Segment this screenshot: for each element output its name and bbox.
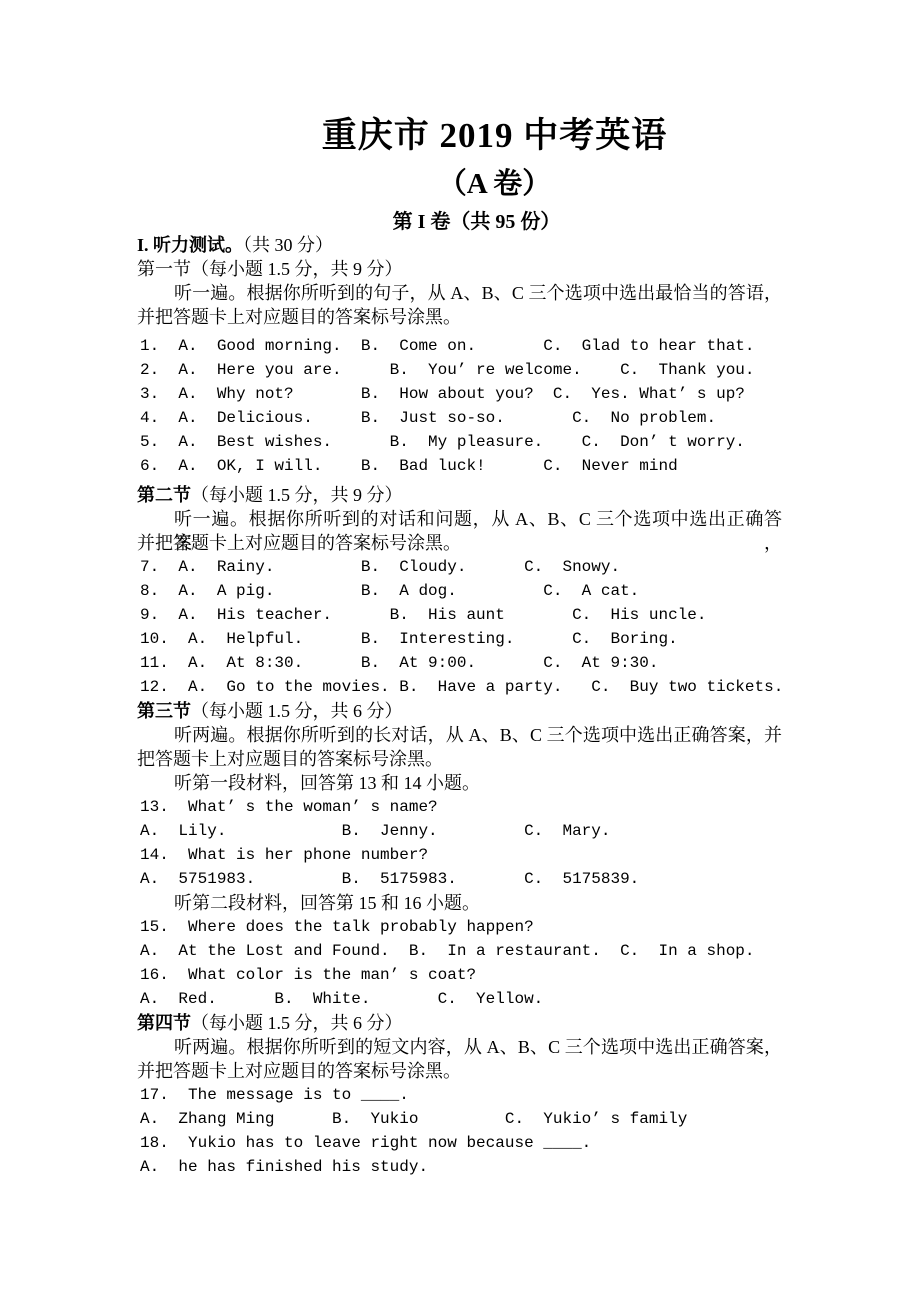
question-3: 3. A. Why not? B. How about you? C. Yes.…: [137, 382, 782, 406]
section-4-heading: 第四节（每小题 1.5 分，共 6 分）: [137, 1011, 782, 1035]
section-3-heading: 第三节（每小题 1.5 分，共 6 分）: [137, 699, 782, 723]
question-17-options: A. Zhang Ming B. Yukio C. Yukio’ s famil…: [137, 1107, 782, 1131]
section-4-heading-label: 第四节: [137, 1013, 191, 1033]
section-1-title-text: （共 30 分）: [243, 235, 333, 255]
section-3-instruction-1: 听两遍。根据你所听到的长对话，从 A、B、C 三个选项中选出正确答案，并: [137, 723, 782, 747]
question-16-stem: 16. What color is the man’ s coat?: [137, 963, 782, 987]
section-1-title-label: I. 听力测试。: [137, 235, 243, 255]
question-18-stem: 18. Yukio has to leave right now because…: [137, 1131, 782, 1155]
question-14-stem: 14. What is her phone number?: [137, 843, 782, 867]
section-1-instruction-1: 听一遍。根据你所听到的句子，从 A、B、C 三个选项中选出最恰当的答语，: [137, 281, 782, 305]
material-1-cue: 听第一段材料，回答第 13 和 14 小题。: [137, 771, 782, 795]
part-heading: 第 I 卷（共 95 份）: [137, 205, 782, 234]
question-4: 4. A. Delicious. B. Just so-so. C. No pr…: [137, 406, 782, 430]
section-1-instruction-2: 并把答题卡上对应题目的答案标号涂黑。: [137, 305, 782, 329]
question-14-options: A. 5751983. B. 5175983. C. 5175839.: [137, 867, 782, 891]
exam-title: 重庆市 2019 中考英语: [137, 108, 782, 158]
section-4-instruction-2: 并把答题卡上对应题目的答案标号涂黑。: [137, 1059, 782, 1083]
section-3-heading-label: 第三节: [137, 701, 191, 721]
section-2-heading: 第二节（每小题 1.5 分，共 9 分）: [137, 483, 782, 507]
section-2-heading-text: （每小题 1.5 分，共 9 分）: [191, 485, 403, 505]
section-3-heading-text: （每小题 1.5 分，共 6 分）: [191, 701, 403, 721]
question-13-stem: 13. What’ s the woman’ s name?: [137, 795, 782, 819]
section-2-instruction-1: 听一遍。根据你所听到的对话和问题，从 A、B、C 三个选项中选出正确答案，: [137, 507, 782, 531]
question-11: 11. A. At 8:30. B. At 9:00. C. At 9:30.: [137, 651, 782, 675]
question-6: 6. A. OK, I will. B. Bad luck! C. Never …: [137, 454, 782, 478]
exam-content: 重庆市 2019 中考英语 （A 卷） 第 I 卷（共 95 份） I. 听力测…: [137, 0, 782, 1302]
document-body: I. 听力测试。（共 30 分）第一节（每小题 1.5 分，共 9 分）听一遍。…: [137, 233, 782, 1179]
question-10: 10. A. Helpful. B. Interesting. C. Borin…: [137, 627, 782, 651]
question-8: 8. A. A pig. B. A dog. C. A cat.: [137, 579, 782, 603]
exam-subtitle: （A 卷）: [137, 161, 782, 202]
question-9: 9. A. His teacher. B. His aunt C. His un…: [137, 603, 782, 627]
question-18-option-a: A. he has finished his study.: [137, 1155, 782, 1179]
question-5: 5. A. Best wishes. B. My pleasure. C. Do…: [137, 430, 782, 454]
section-4-heading-text: （每小题 1.5 分，共 6 分）: [191, 1013, 403, 1033]
section-4-instruction-1: 听两遍。根据你所听到的短文内容，从 A、B、C 三个选项中选出正确答案，: [137, 1035, 782, 1059]
question-2: 2. A. Here you are. B. You’ re welcome. …: [137, 358, 782, 382]
question-13-options: A. Lily. B. Jenny. C. Mary.: [137, 819, 782, 843]
section-2-heading-label: 第二节: [137, 485, 191, 505]
exam-paper-page: 重庆市 2019 中考英语 （A 卷） 第 I 卷（共 95 份） I. 听力测…: [0, 0, 920, 1302]
question-17-stem: 17. The message is to ____.: [137, 1083, 782, 1107]
material-2-cue: 听第二段材料，回答第 15 和 16 小题。: [137, 891, 782, 915]
question-7: 7. A. Rainy. B. Cloudy. C. Snowy.: [137, 555, 782, 579]
question-15-stem: 15. Where does the talk probably happen?: [137, 915, 782, 939]
question-12: 12. A. Go to the movies. B. Have a party…: [137, 675, 782, 699]
question-15-options: A. At the Lost and Found. B. In a restau…: [137, 939, 782, 963]
question-16-options: A. Red. B. White. C. Yellow.: [137, 987, 782, 1011]
question-1: 1. A. Good morning. B. Come on. C. Glad …: [137, 334, 782, 358]
section-3-instruction-2: 把答题卡上对应题目的答案标号涂黑。: [137, 747, 782, 771]
section-1-subtitle: 第一节（每小题 1.5 分，共 9 分）: [137, 257, 782, 281]
section-1-title: I. 听力测试。（共 30 分）: [137, 233, 782, 257]
